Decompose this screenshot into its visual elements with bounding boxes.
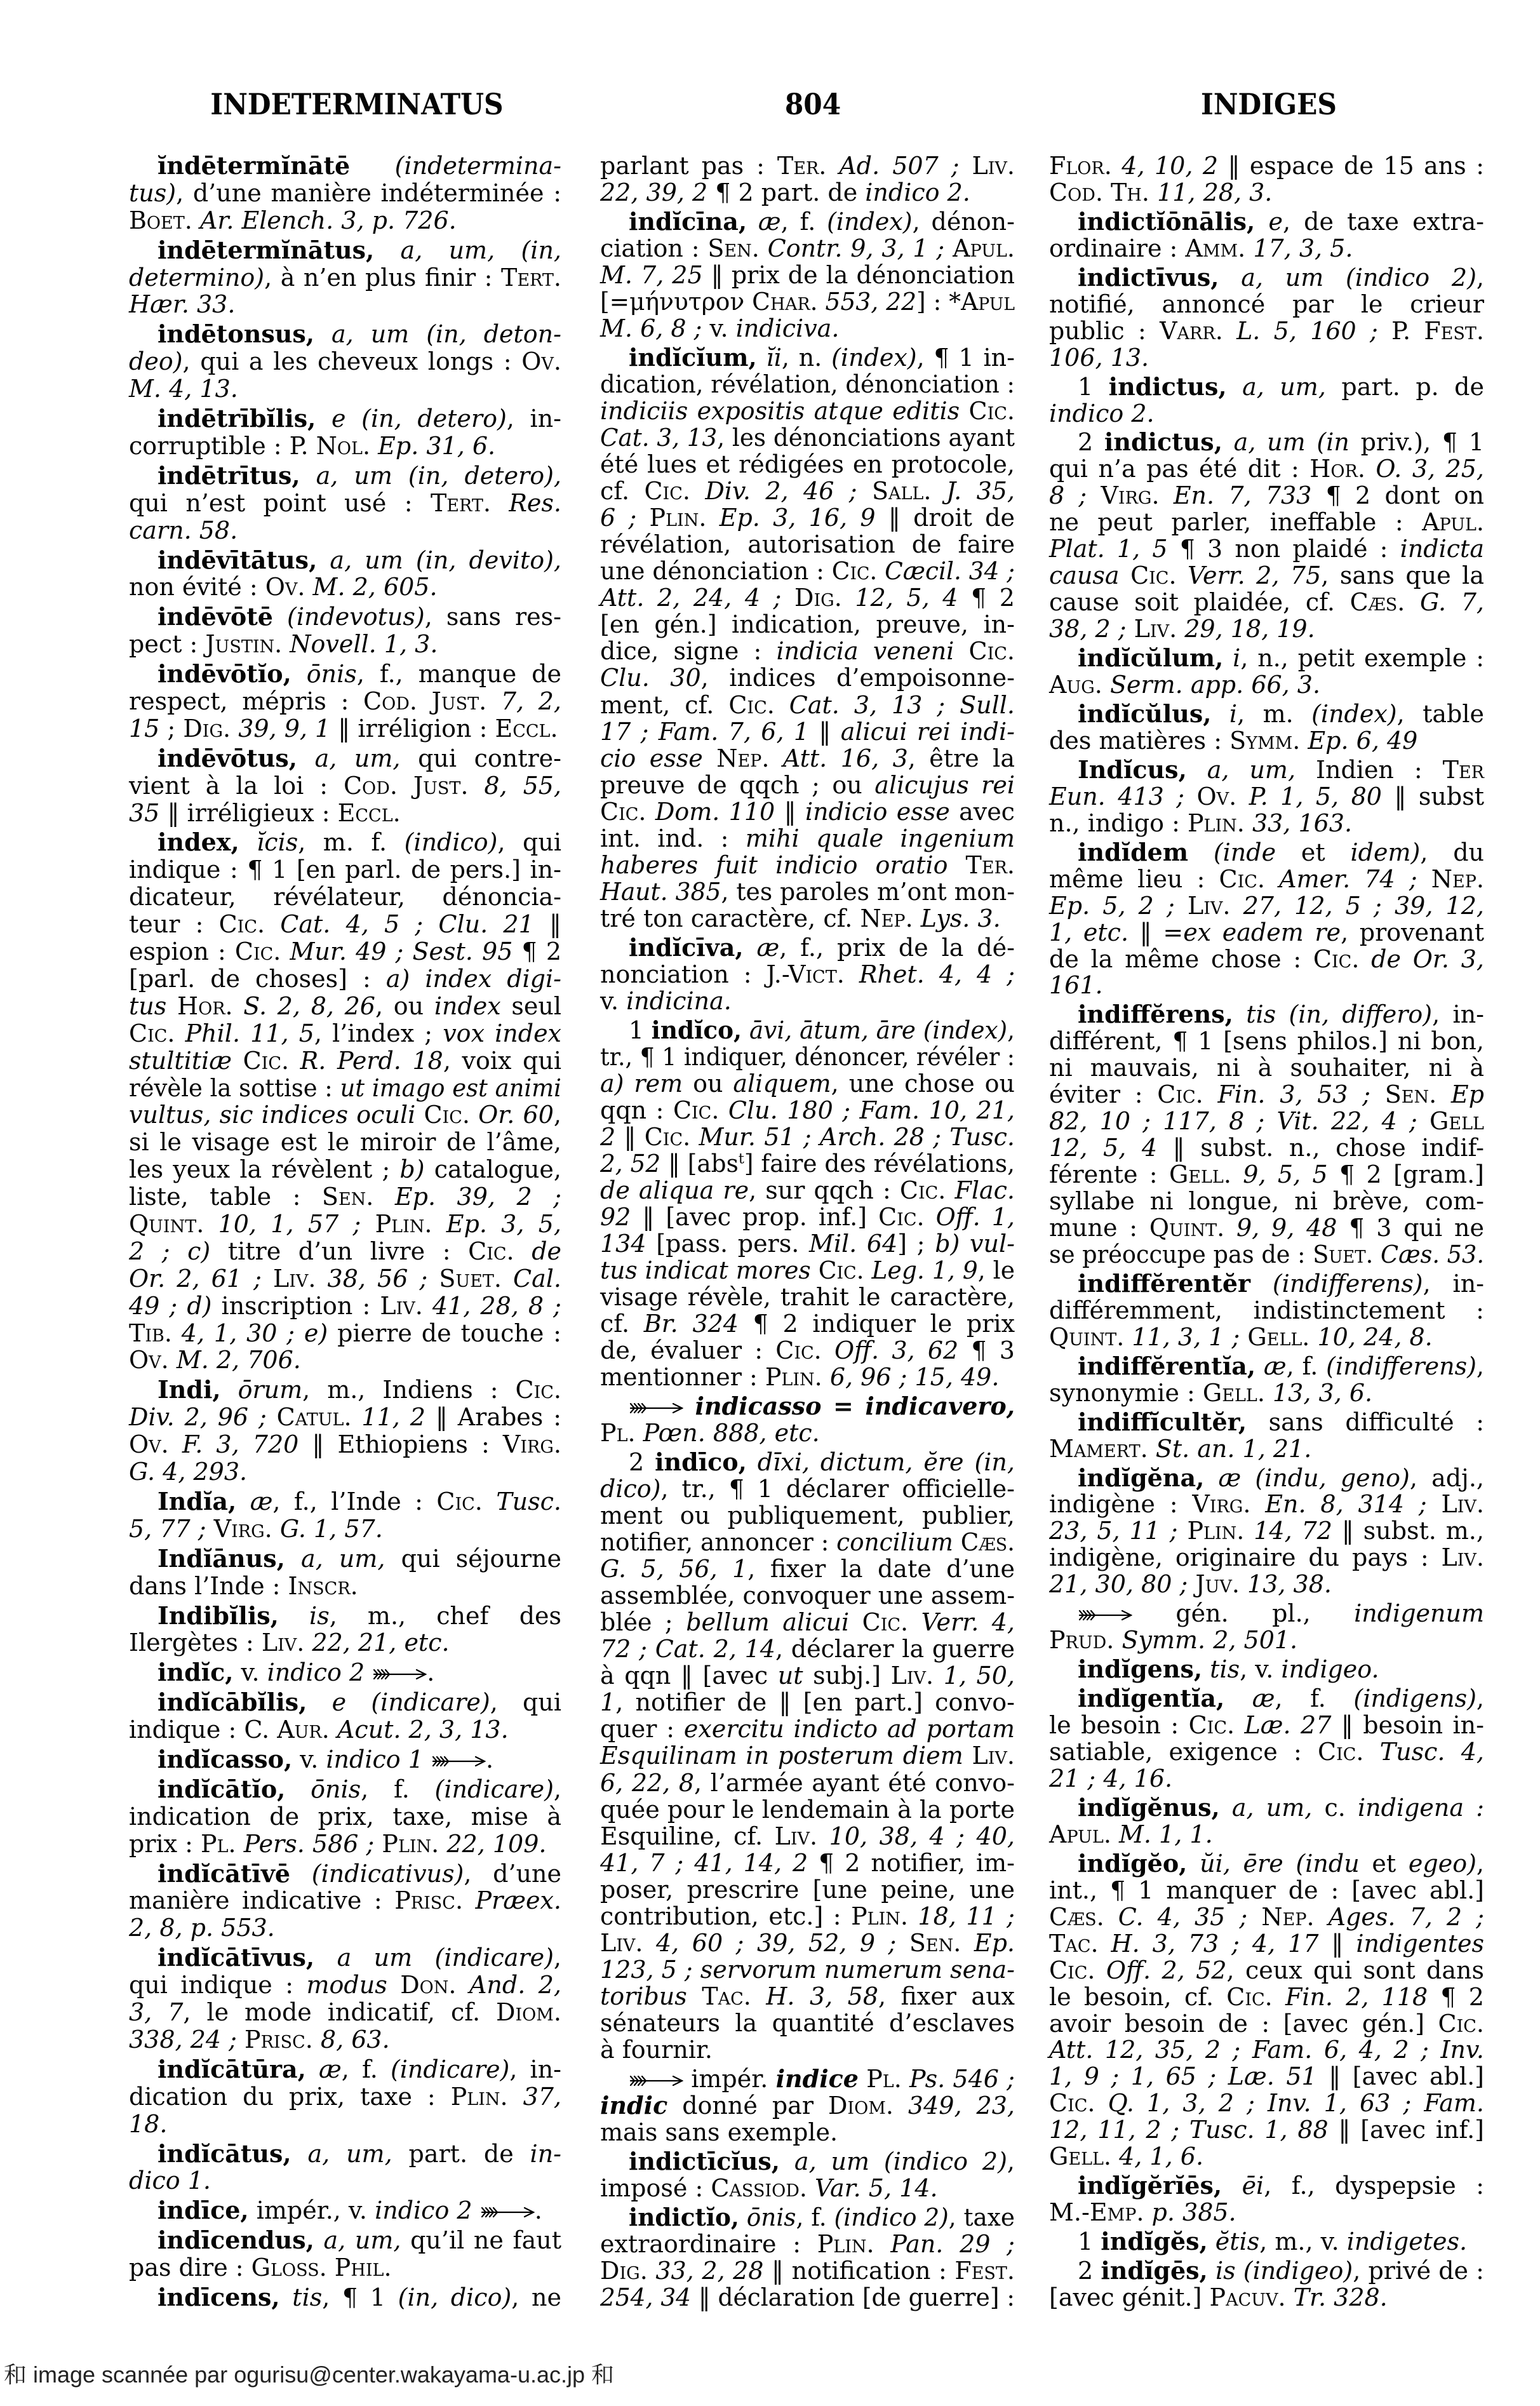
italic-text: indico 2 — [375, 2196, 472, 2224]
entry-line: Mamert. St. an. 1, 21. — [1049, 1435, 1484, 1463]
line-text: manière indicative : Prisc. Præex. — [129, 1886, 561, 1914]
entry-line: 134 [pass. pers. Mil. 64] ; b) vul- — [600, 1230, 1015, 1258]
body-text: Esquiline, cf. — [600, 1822, 775, 1850]
italic-text: Ep. 39, 2 ; — [373, 1183, 561, 1211]
line-text: ni mauvais, ni à souhaiter, ni à — [1049, 1054, 1484, 1082]
italic-text: 41, 7 ; 41, 14, 2 — [600, 1849, 808, 1877]
body-text — [237, 2026, 244, 2053]
line-text: Indibĭlis, is, m., chef des — [157, 1602, 561, 1630]
entry-line: 35 ‖ irréligieux : Eccl. — [129, 799, 561, 827]
entry-line: liste, table : Sen. Ep. 39, 2 ; — [129, 1183, 561, 1211]
line-text: satiable, exigence : Cic. Tusc. 4, — [1049, 1738, 1484, 1766]
line-text: ordinaire : Amm. 17, 3, 5. — [1049, 234, 1353, 262]
entry-line: carn. 58. — [129, 516, 561, 544]
entry-line: dication, révélation, dénonciation : — [600, 370, 1015, 398]
italic-text: 254, 34 — [600, 2283, 691, 2311]
italic-text: Contr. 9, 3, 1 ; — [760, 234, 944, 262]
entry-line: qui n’a pas été dit : Hor. O. 3, 25, — [1049, 455, 1484, 483]
entry-line: 22, 39, 2 ¶ 2 part. de indico 2. — [600, 178, 1015, 206]
body-text: Ilergètes : — [129, 1629, 262, 1657]
body-text: révèle la sottise : — [129, 1074, 340, 1102]
body-text: , — [1476, 1352, 1484, 1380]
line-text: Indi, ōrum, m., Indiens : Cic. — [157, 1376, 561, 1404]
italic-text: 123, 5 ; servorum numerum sena- — [600, 1956, 1015, 1984]
author-abbreviation: Cic. — [1157, 1080, 1203, 1108]
line-text: 254, 34 ‖ déclaration [de guerre] : — [600, 2283, 1015, 2311]
body-text: différent, ¶ 1 [sens philos.] ni bon, — [1049, 1027, 1484, 1055]
author-abbreviation: Fest. — [954, 2257, 1015, 2285]
line-text: ciation : Sen. Contr. 9, 3, 1 ; Apul. — [600, 234, 1015, 262]
body-text: , sur qqch : — [749, 1176, 900, 1204]
body-text: catalogue, — [425, 1155, 561, 1183]
entry-line: 2, 8, p. 553. — [129, 1914, 561, 1942]
entry-line: des matières : Symm. Ep. 6, 49 — [1049, 727, 1484, 755]
line-text: 21, 30, 80 ; Juv. 13, 38. — [1049, 1570, 1332, 1598]
line-text: tré ton caractère, cf. Nep. Lys. 3. — [600, 904, 1001, 932]
headword: indictīcĭus, — [629, 2147, 780, 2175]
line-text: M. 7, 25 ‖ prix de la dénonciation — [600, 261, 1015, 289]
line-text: 1, 9 ; 1, 65 ; Læ. 51 ‖ [avec abl.] — [1049, 2062, 1484, 2090]
body-text: de, évaluer : — [600, 1336, 775, 1364]
body-text: part. p. de — [1326, 373, 1484, 401]
entry-line: 2 indīco, dīxi, dictum, ĕre (in, — [629, 1448, 1015, 1476]
body-text: révélation, autorisation de faire — [600, 530, 1015, 558]
entry-line: indico 2. — [1049, 400, 1484, 427]
entry-line: Dig. 33, 2, 28 ‖ notification : Fest. — [600, 2257, 1015, 2285]
italic-text: S. 2, 8, 26 — [233, 992, 375, 1020]
author-abbreviation: Don. — [400, 1971, 456, 1999]
italic-text: 22, 39, 2 — [600, 178, 707, 206]
italic-text: 72 ; Cat. 2, 14 — [600, 1635, 775, 1663]
body-text: v. — [233, 1658, 267, 1686]
author-abbreviation: Gell — [1430, 1107, 1484, 1135]
italic-text: (indicativus) — [290, 1860, 464, 1888]
line-text: int., ¶ 1 manquer de : [avec abl.] — [1049, 1876, 1484, 1904]
line-text: carn. 58. — [129, 516, 238, 544]
entry-line: Plat. 1, 5 ¶ 3 non plaidé : indicta — [1049, 535, 1484, 563]
body-text: ‖ notification : — [763, 2257, 954, 2285]
body-text — [424, 1745, 431, 1773]
line-text: de la même chose : Cic. de Or. 3, — [1049, 945, 1484, 973]
body-text: corruptible : — [129, 432, 290, 460]
italic-text: Esquilinam in posterum diem — [600, 1742, 963, 1770]
body-text: ment, cf. — [600, 691, 728, 719]
body-text: avoir besoin de : [avec gén.] — [1049, 2010, 1438, 2038]
line-text: vultus, sic indices oculi Cic. Or. 60, — [129, 1101, 561, 1129]
italic-text: 6 ; — [600, 504, 636, 532]
italic-text: Præex. — [463, 1886, 561, 1914]
body-text: , qui a les cheveux longs : — [183, 347, 522, 375]
body-text: , sans que la — [1321, 561, 1484, 589]
entry-line: 106, 13. — [1049, 344, 1484, 372]
author-abbreviation: Plin. — [1187, 1517, 1244, 1545]
body-text: nonciation : — [600, 960, 767, 988]
author-abbreviation: Cic. — [219, 910, 265, 938]
line-text: poser, prescrire [une peine, une — [600, 1876, 1015, 1904]
headword: indictus, — [1109, 372, 1227, 401]
line-text: 92 ‖ [avec prop. inf.] Cic. Off. 1, — [600, 1203, 1015, 1231]
line-text: Quint. 10, 1, 57 ; Plin. Ep. 3, 5, — [129, 1210, 561, 1238]
entry-line: indĭcŭlus, i, m. (index), table — [1078, 700, 1484, 728]
author-abbreviation: Plin. — [851, 1902, 908, 1930]
line-text: 6, 22, 8, l’armée ayant été convo- — [600, 1769, 1015, 1797]
line-text: Prud. Symm. 2, 501. — [1049, 1626, 1297, 1654]
italic-text: tus — [129, 992, 166, 1020]
italic-text: e (indicare) — [307, 1688, 490, 1716]
line-text: cio esse Nep. Att. 16, 3, être la — [600, 744, 1015, 772]
line-text: non évité : Ov. M. 2, 605. — [129, 573, 438, 601]
line-text: les yeux la révèlent ; b) catalogue, — [129, 1155, 561, 1183]
italic-text: M. 6, 8 ; — [600, 314, 702, 342]
entry-line: ment ou publiquement, publier, — [600, 1502, 1015, 1529]
entry-line: indĭcātus, a, um, part. de in- — [157, 2140, 561, 2168]
entry-line: gén. pl., indigenum — [1078, 1599, 1484, 1627]
author-abbreviation: Ter. — [777, 152, 826, 180]
line-text: respect, mépris : Cod. Just. 7, 2, — [129, 687, 561, 715]
italic-text: æ — [1255, 1352, 1287, 1380]
body-text: dication du prix, taxe : — [129, 2083, 451, 2111]
italic-text: deo) — [129, 347, 183, 375]
italic-text: 15 — [129, 715, 159, 743]
body-text: qqn : — [600, 1096, 673, 1124]
body-text: indique : ¶ 1 [en parl. de pers.] in- — [129, 856, 561, 884]
body-text: , fixer aux — [878, 1982, 1015, 2010]
italic-text: de — [514, 1237, 561, 1265]
entry-line: tus Hor. S. 2, 8, 26, ou index seul — [129, 992, 561, 1020]
line-text: index, ĭcis, m. f. (indico), qui — [157, 828, 561, 856]
body-text: [pass. pers. — [646, 1230, 809, 1258]
superscript-text: t — [739, 1150, 744, 1167]
line-text: v. indicina. — [600, 987, 732, 1015]
body-text: , in- — [1423, 1270, 1484, 1298]
line-text: blée ; bellum alicui Cic. Verr. 4, — [600, 1608, 1015, 1636]
line-text: pas dire : Gloss. Phil. — [129, 2254, 392, 2282]
line-text: indique : ¶ 1 [en parl. de pers.] in- — [129, 856, 561, 884]
italic-text: is (indigeo) — [1208, 2257, 1353, 2285]
body-text: , privé de : — [1353, 2257, 1484, 2285]
body-text — [427, 1265, 439, 1293]
italic-text: 11, 28, 3. — [1149, 178, 1272, 206]
line-text: si le visage est le miroir de l’âme, — [129, 1128, 561, 1156]
entry-line: causa Cic. Verr. 2, 75, sans que la — [1049, 561, 1484, 589]
body-text: ‖ — [1318, 1930, 1356, 1958]
body-text: , qui — [498, 828, 561, 856]
body-text: respect, mépris : — [129, 687, 363, 715]
entry-line: indĭcātūra, æ, f. (indicare), in- — [157, 2055, 561, 2083]
italic-text: H. 3, 58 — [751, 1982, 878, 2010]
body-text: différemment, indistinctement : — [1049, 1296, 1484, 1324]
line-text: n., indigo : Plin. 33, 163. — [1049, 809, 1352, 837]
body-text: quer : — [600, 1715, 684, 1743]
line-text: dans l’Inde : Inscr. — [129, 1572, 358, 1600]
italic-text: 18. — [129, 2110, 167, 2138]
body-text — [1240, 1323, 1247, 1351]
author-abbreviation: Pl. — [201, 1830, 236, 1858]
body-text: , les dénonciations ayant — [717, 424, 1015, 452]
author-abbreviation: Cic. — [728, 691, 774, 719]
author-abbreviation: Cic. — [424, 1101, 469, 1129]
entry-line: Esquilinam in posterum diem Liv. — [600, 1742, 1015, 1770]
author-abbreviation: Liv. — [1134, 615, 1177, 643]
line-text: 2 ‖ Cic. Mur. 51 ; Arch. 28 ; Tusc. — [600, 1123, 1015, 1151]
italic-text: a, um, — [291, 2140, 392, 2168]
body-text: , provenant — [1341, 918, 1484, 946]
line-text: cause soit plaidée, cf. Cæs. G. 7, — [1049, 588, 1484, 616]
italic-text: J. 35, — [931, 477, 1015, 505]
italic-text: Att. 12, 35, 2 ; Fam. 6, 4, 2 ; Inv. — [1049, 2036, 1484, 2064]
entry-line: indic donné par Diom. 349, 23, — [600, 2092, 1015, 2120]
entry-line: Indĭa, æ, f., l’Inde : Cic. Tusc. — [157, 1488, 561, 1516]
line-text: indētrītus, a, um (in, detero), — [157, 462, 561, 490]
entry-line: 3, 7, le mode indicatif, cf. Diom. — [129, 1998, 561, 2026]
entry-line: indētermĭnātus, a, um, (in, — [157, 236, 561, 264]
italic-text: alicujus rei — [874, 771, 1015, 799]
line-text: Hær. 33. — [129, 290, 235, 318]
line-text: indiffĕrens, tis (in, differo), in- — [1078, 1000, 1484, 1028]
line-text: le besoin : Cic. Læ. 27 ‖ besoin in- — [1049, 1711, 1484, 1739]
entry-line: qqn : Cic. Clu. 180 ; Fam. 10, 21, — [600, 1096, 1015, 1124]
italic-text: (indicare) — [391, 2055, 509, 2083]
entry-line: Boet. Ar. Elench. 3, p. 726. — [129, 206, 561, 234]
italic-text: a, um, — [285, 1545, 385, 1573]
line-text: Esquilinam in posterum diem Liv. — [600, 1742, 1015, 1770]
body-text: , — [1476, 1684, 1484, 1712]
italic-text: Ep. 5, 2 ; — [1049, 892, 1175, 920]
italic-text: dīxi, dictum, ĕre (in, — [747, 1448, 1015, 1476]
entry-line: satiable, exigence : Cic. Tusc. 4, — [1049, 1738, 1484, 1766]
headword: indictĭo, — [629, 2203, 739, 2231]
line-text: Indĭa, æ, f., l’Inde : Cic. Tusc. — [157, 1488, 561, 1516]
author-abbreviation: Liv. — [1442, 1543, 1484, 1571]
line-text: [avec génit.] Pacuv. Tr. 328. — [1049, 2283, 1388, 2311]
italic-text: (in, dico) — [398, 2283, 512, 2311]
line-text: 2, 52 ‖ [abst] faire des révélations, — [600, 1150, 1015, 1178]
entry-line: ni mauvais, ni à souhaiter, ni à — [1049, 1054, 1484, 1082]
entry-line: 1 indĭco, āvi, ātum, āre (index), — [629, 1016, 1015, 1044]
italic-text: idem) — [1350, 838, 1420, 866]
entry-line: dicateur, révélateur, dénoncia- — [129, 883, 561, 911]
entry-line: 254, 34 ‖ déclaration [de guerre] : — [600, 2283, 1015, 2311]
author-abbreviation: Virg. — [1101, 481, 1159, 509]
body-text: . — [486, 1745, 493, 1773]
entry-line: notifié, annoncé par le crieur — [1049, 290, 1484, 318]
author-abbreviation: Char. — [752, 288, 817, 316]
entry-line: si le visage est le miroir de l’âme, — [129, 1128, 561, 1156]
body-text: blée ; — [600, 1608, 686, 1636]
author-abbreviation: Plin. — [375, 1210, 432, 1238]
entry-line: quée pour le lendemain à la porte — [600, 1796, 1015, 1824]
italic-text: Res. — [491, 489, 561, 517]
body-text: , une chose ou — [831, 1070, 1015, 1098]
body-text: ¶ 3 qui ne — [1337, 1214, 1484, 1242]
italic-text: a, um (indico 2) — [1219, 264, 1476, 292]
entry-line: indĭgĕo, ŭi, ēre (indu et egeo), — [1078, 1850, 1484, 1878]
entry-line: ĭndētermĭnātē (indetermina- — [157, 152, 561, 180]
line-text: impér. indice Pl. Ps. 546 ; — [629, 2065, 1015, 2093]
headword: indēvōtus, — [157, 744, 297, 772]
entry-line: indētrībĭlis, e (in, detero), in- — [157, 405, 561, 433]
line-text: 1 indictus, a, um, part. p. de — [1078, 373, 1484, 401]
author-abbreviation: Plin. — [650, 504, 707, 532]
author-abbreviation: Ov. — [129, 1430, 169, 1458]
italic-text: 338, 24 ; — [129, 2026, 237, 2053]
line-text: 23, 5, 11 ; Plin. 14, 72 ‖ subst. m., — [1049, 1517, 1484, 1545]
line-text: ne peut parler, ineffable : Apul. — [1049, 508, 1484, 536]
body-text: ‖ — [615, 1123, 645, 1151]
line-text: notifié, annoncé par le crieur — [1049, 290, 1484, 318]
body-text: ¶ 2 part. de — [707, 178, 865, 206]
author-abbreviation: Liv. — [262, 1629, 304, 1657]
body-text: , f., dyspepsie : — [1264, 2172, 1484, 2200]
entry-line: Gell. 4, 1, 6. — [1049, 2142, 1484, 2170]
line-text: 21 ; 4, 16. — [1049, 1764, 1172, 1792]
line-text: indico 2. — [1049, 400, 1155, 427]
author-abbreviation: Cic. — [644, 477, 690, 505]
italic-text: 11, 3, 1 ; — [1124, 1323, 1240, 1351]
italic-text: ēi — [1222, 2172, 1264, 2200]
entry-line: n., indigo : Plin. 33, 163. — [1049, 809, 1484, 837]
line-text: 123, 5 ; servorum numerum sena- — [600, 1956, 1015, 1984]
headword: indētonsus, — [157, 319, 314, 348]
italic-text: Tr. 328. — [1286, 2283, 1388, 2311]
entry-line: 1, 9 ; 1, 65 ; Læ. 51 ‖ [avec abl.] — [1049, 2062, 1484, 2090]
entry-line: 1, etc. ‖ =ex eadem re, provenant — [1049, 918, 1484, 946]
entry-line: nonciation : J.-Vict. Rhet. 4, 4 ; — [600, 960, 1015, 988]
body-text — [1127, 615, 1134, 643]
italic-text: de aliqua re — [600, 1176, 749, 1204]
author-abbreviation: Dig. — [794, 584, 842, 612]
italic-text: Mil. 64 — [809, 1230, 897, 1258]
entry-line: imposé : Cassiod. Var. 5, 14. — [600, 2174, 1015, 2202]
fletched-arrow-icon — [431, 1745, 486, 1773]
body-text — [374, 1830, 382, 1858]
line-text: 338, 24 ; Prisc. 8, 63. — [129, 2026, 390, 2053]
entry-line: mais sans exemple. — [600, 2118, 1015, 2146]
author-abbreviation: Virg. — [503, 1430, 561, 1458]
author-abbreviation: Boet. — [129, 206, 192, 234]
body-text: , f. — [1275, 1684, 1354, 1712]
line-text: G. 4, 293. — [129, 1458, 247, 1486]
italic-text: F. 3, 720 — [169, 1430, 299, 1458]
line-text: indĭgĕnus, a, um, c. indigena : — [1078, 1794, 1484, 1822]
author-abbreviation: Nep. — [860, 904, 913, 932]
entry-line: indĭcĭum, ĭi, n. (index), ¶ 1 in- — [629, 344, 1015, 372]
author-abbreviation: Ov. — [265, 573, 305, 601]
italic-text: (index) — [1311, 700, 1397, 728]
fletched-arrow-icon — [1078, 1599, 1132, 1627]
author-abbreviation: Gell. — [1247, 1323, 1309, 1351]
entry-line: Quint. 11, 3, 1 ; Gell. 10, 24, 8. — [1049, 1323, 1484, 1351]
italic-text: Cæcil. 34 ; — [877, 557, 1015, 585]
line-text: Or. 2, 61 ; Liv. 38, 56 ; Suet. Cal. — [129, 1265, 561, 1293]
entry-line: indĭcīna, æ, f. (index), dénon- — [629, 208, 1015, 236]
entry-line: 17 ; Fam. 7, 6, 1 ‖ alicui rei indi- — [600, 718, 1015, 746]
italic-text: 37, — [508, 2083, 561, 2111]
line-text: quée pour le lendemain à la porte — [600, 1796, 1015, 1824]
line-text: espion : Cic. Mur. 49 ; Sest. 95 ¶ 2 — [129, 938, 561, 965]
body-text — [415, 1101, 424, 1129]
body-text — [1378, 317, 1391, 345]
body-text: qui n’est point usé : — [129, 489, 431, 517]
body-text: , f. — [781, 208, 827, 236]
italic-text: determino) — [129, 264, 264, 292]
headword: indĭgĕo, — [1078, 1849, 1187, 1878]
line-text: indĭcātus, a, um, part. de in- — [157, 2140, 561, 2168]
italic-text: 39, 9, 1 — [231, 715, 330, 743]
author-abbreviation: Hor. — [177, 992, 233, 1020]
body-text — [944, 234, 953, 262]
line-text: indiffĭcultĕr, sans difficulté : — [1078, 1408, 1484, 1436]
entry-line: indĭgens, tis, v. indigeo. — [1078, 1655, 1484, 1683]
entry-line: mentionner : Plin. 6, 96 ; 15, 49. — [600, 1363, 1015, 1391]
line-text: a) rem ou aliquem, une chose ou — [600, 1070, 1015, 1098]
author-abbreviation: Cic. — [1049, 1956, 1095, 1984]
line-text: 8 ; Virg. En. 7, 733 ¶ 2 dont on — [1049, 481, 1484, 509]
author-abbreviation: Amm. — [1185, 234, 1245, 262]
line-text: indĭcasso, v. indico 1 . — [157, 1745, 493, 1773]
italic-text: 134 — [600, 1230, 646, 1258]
entry-line: indĭcīva, æ, f., prix de la dé- — [629, 934, 1015, 962]
italic-text: Ad. 507 ; — [826, 152, 959, 180]
italic-text: M. 1, 1. — [1111, 1820, 1213, 1848]
italic-text: Ep — [1436, 1080, 1484, 1108]
headword: indiffĕrentĭa, — [1078, 1352, 1255, 1380]
body-text: ‖ déclaration [de guerre] : — [691, 2283, 1015, 2311]
line-text: 22, 39, 2 ¶ 2 part. de indico 2. — [600, 178, 970, 206]
entry-line: dans l’Inde : Inscr. — [129, 1572, 561, 1600]
italic-text: dico) — [600, 1475, 660, 1503]
italic-text: 12, 5, 4 — [842, 584, 958, 612]
entry-line: de, évaluer : Cic. Off. 3, 62 ¶ 3 — [600, 1336, 1015, 1364]
author-abbreviation: Gell. — [1169, 1160, 1231, 1188]
italic-text: Leg. 1, 9 — [864, 1256, 978, 1284]
entry-line: assemblée, convoquer une assem- — [600, 1582, 1015, 1610]
entry-line: Hær. 33. — [129, 290, 561, 318]
body-text: , voix qui — [443, 1047, 561, 1075]
body-text: , in- — [509, 2055, 561, 2083]
entry-line: avoir besoin de : [avec gén.] Cic. — [1049, 2010, 1484, 2038]
headword: indĭgens, — [1078, 1655, 1202, 1683]
body-text: si le visage est le miroir de l’âme, — [129, 1128, 561, 1156]
body-text: , le — [978, 1256, 1015, 1284]
entry-line: indĭcātīvē (indicativus), d’une — [157, 1860, 561, 1888]
author-abbreviation: Cic. — [819, 1256, 864, 1284]
body-text: extraordinaire : — [600, 2230, 817, 2258]
author-abbreviation: Ov. — [521, 347, 561, 375]
line-text: public : Varr. L. 5, 160 ; P. Fest. — [1049, 317, 1484, 345]
body-text — [1120, 561, 1130, 589]
entry-line: cf. Br. 324 ¶ 2 indiquer le prix — [600, 1310, 1015, 1338]
author-abbreviation: Cæs. — [1350, 588, 1405, 616]
line-text: 38, 2 ; Liv. 29, 18, 19. — [1049, 615, 1315, 643]
italic-text: 9, 5, 5 — [1231, 1160, 1328, 1188]
body-text: dans l’Inde : — [129, 1572, 288, 1600]
entry-line: ordinaire : Amm. 17, 3, 5. — [1049, 234, 1484, 262]
headword: indīco, — [655, 1448, 747, 1476]
headword: indĭcātīvē — [157, 1859, 290, 1888]
headword: indictīvus, — [1078, 263, 1219, 292]
italic-text: Haut. 385 — [600, 878, 721, 906]
italic-text: modus — [307, 1971, 387, 1999]
headword: indīce, — [157, 2196, 249, 2224]
italic-text: R. Perd. 18 — [289, 1047, 443, 1075]
line-text: corruptible : P. Nol. Ep. 31, 6. — [129, 432, 495, 460]
line-text: indēvōtus, a, um, qui contre- — [157, 744, 561, 772]
line-text: Plat. 1, 5 ¶ 3 non plaidé : indicta — [1049, 535, 1484, 563]
italic-text: Verr. 4, — [908, 1608, 1015, 1636]
entry-line: Cic. Q. 1, 3, 2 ; Inv. 1, 63 ; Fam. — [1049, 2089, 1484, 2117]
entry-line: indēvōtus, a, um, qui contre- — [157, 744, 561, 772]
